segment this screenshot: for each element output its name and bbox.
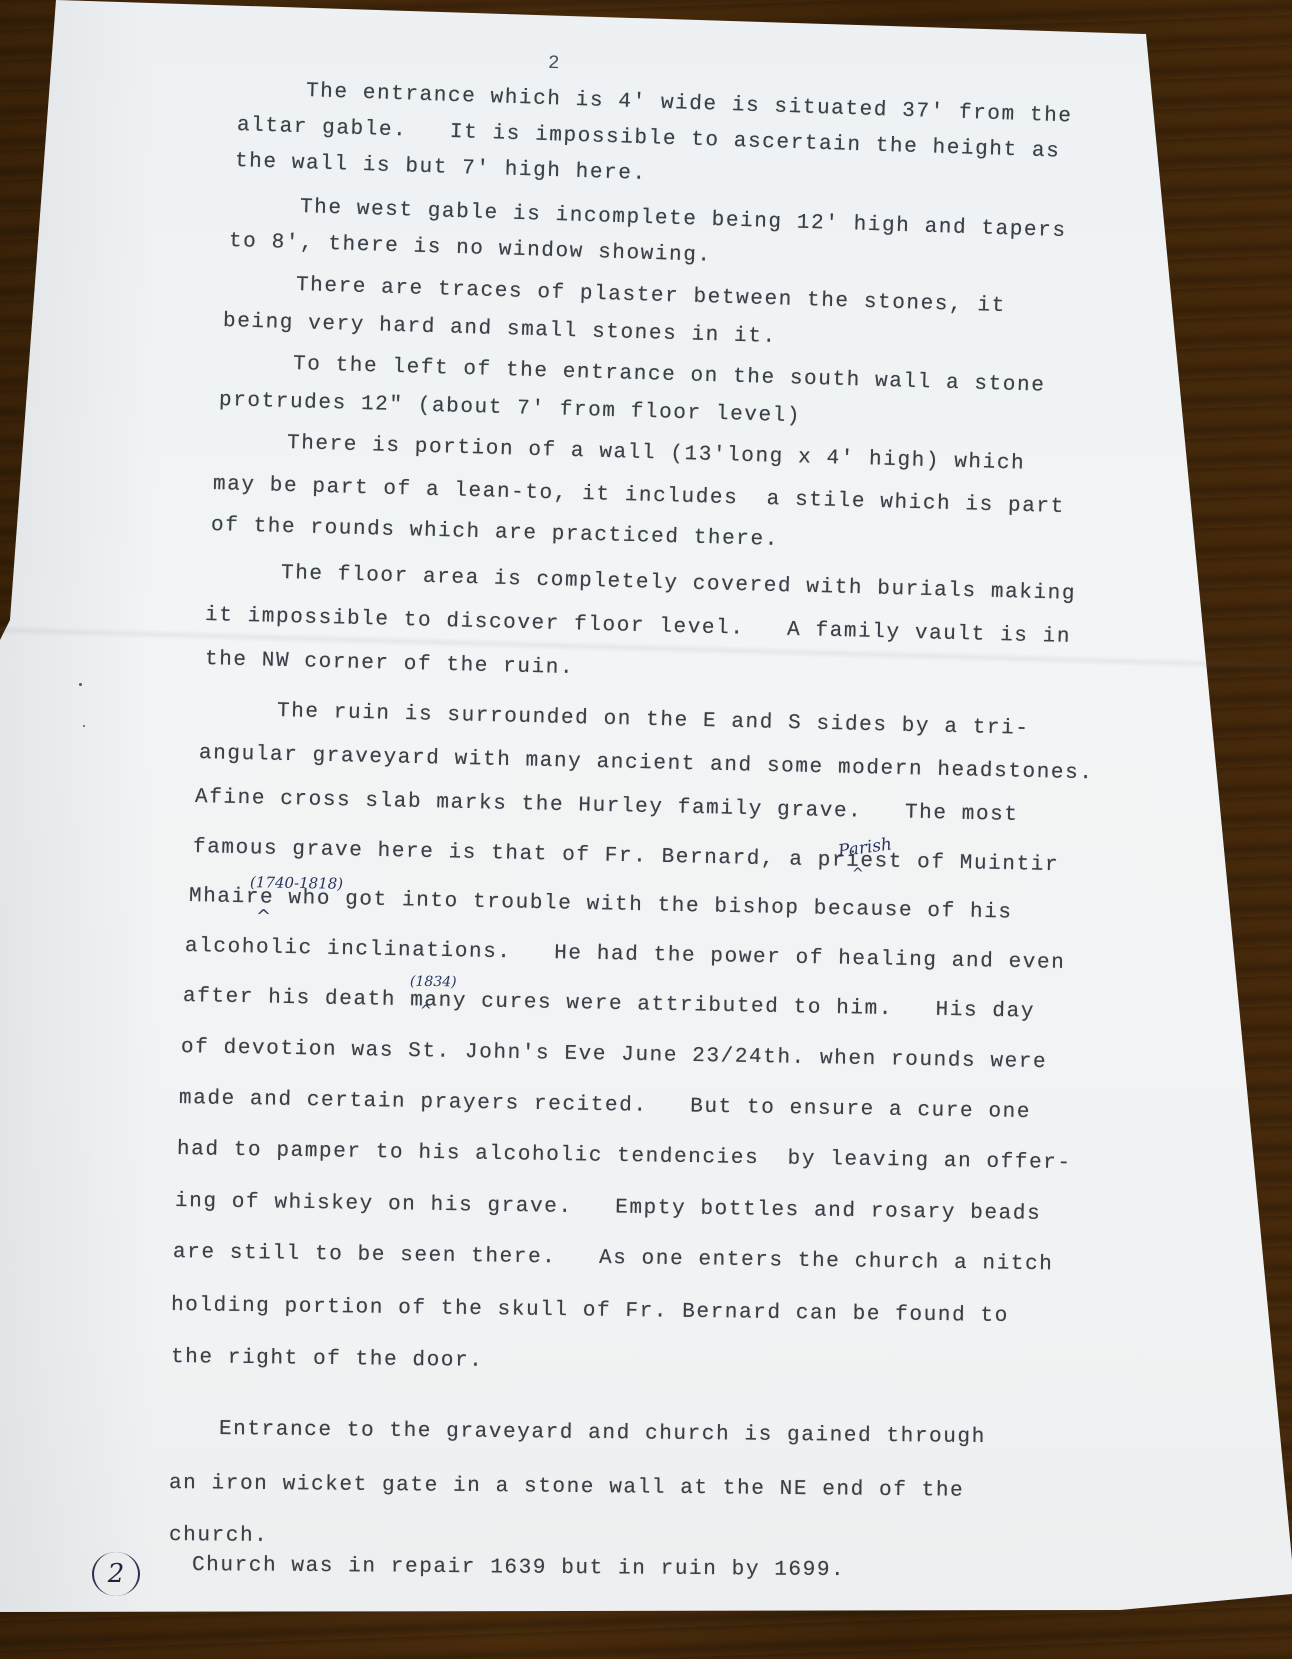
- margin-mark: [83, 725, 85, 727]
- insert-caret-icon: ^: [852, 866, 864, 882]
- handwritten-life-dates: (1740-1818): [250, 873, 343, 893]
- text-line: church.: [169, 1524, 269, 1548]
- footnote-marker: 2: [92, 1552, 140, 1596]
- insert-caret-icon: ^: [256, 906, 271, 927]
- handwritten-death-date: (1834): [410, 974, 457, 991]
- text-line: the right of the door.: [171, 1346, 484, 1373]
- margin-mark: [79, 683, 82, 686]
- insert-caret-icon: ^: [420, 1003, 432, 1019]
- page-number: 2: [548, 52, 560, 74]
